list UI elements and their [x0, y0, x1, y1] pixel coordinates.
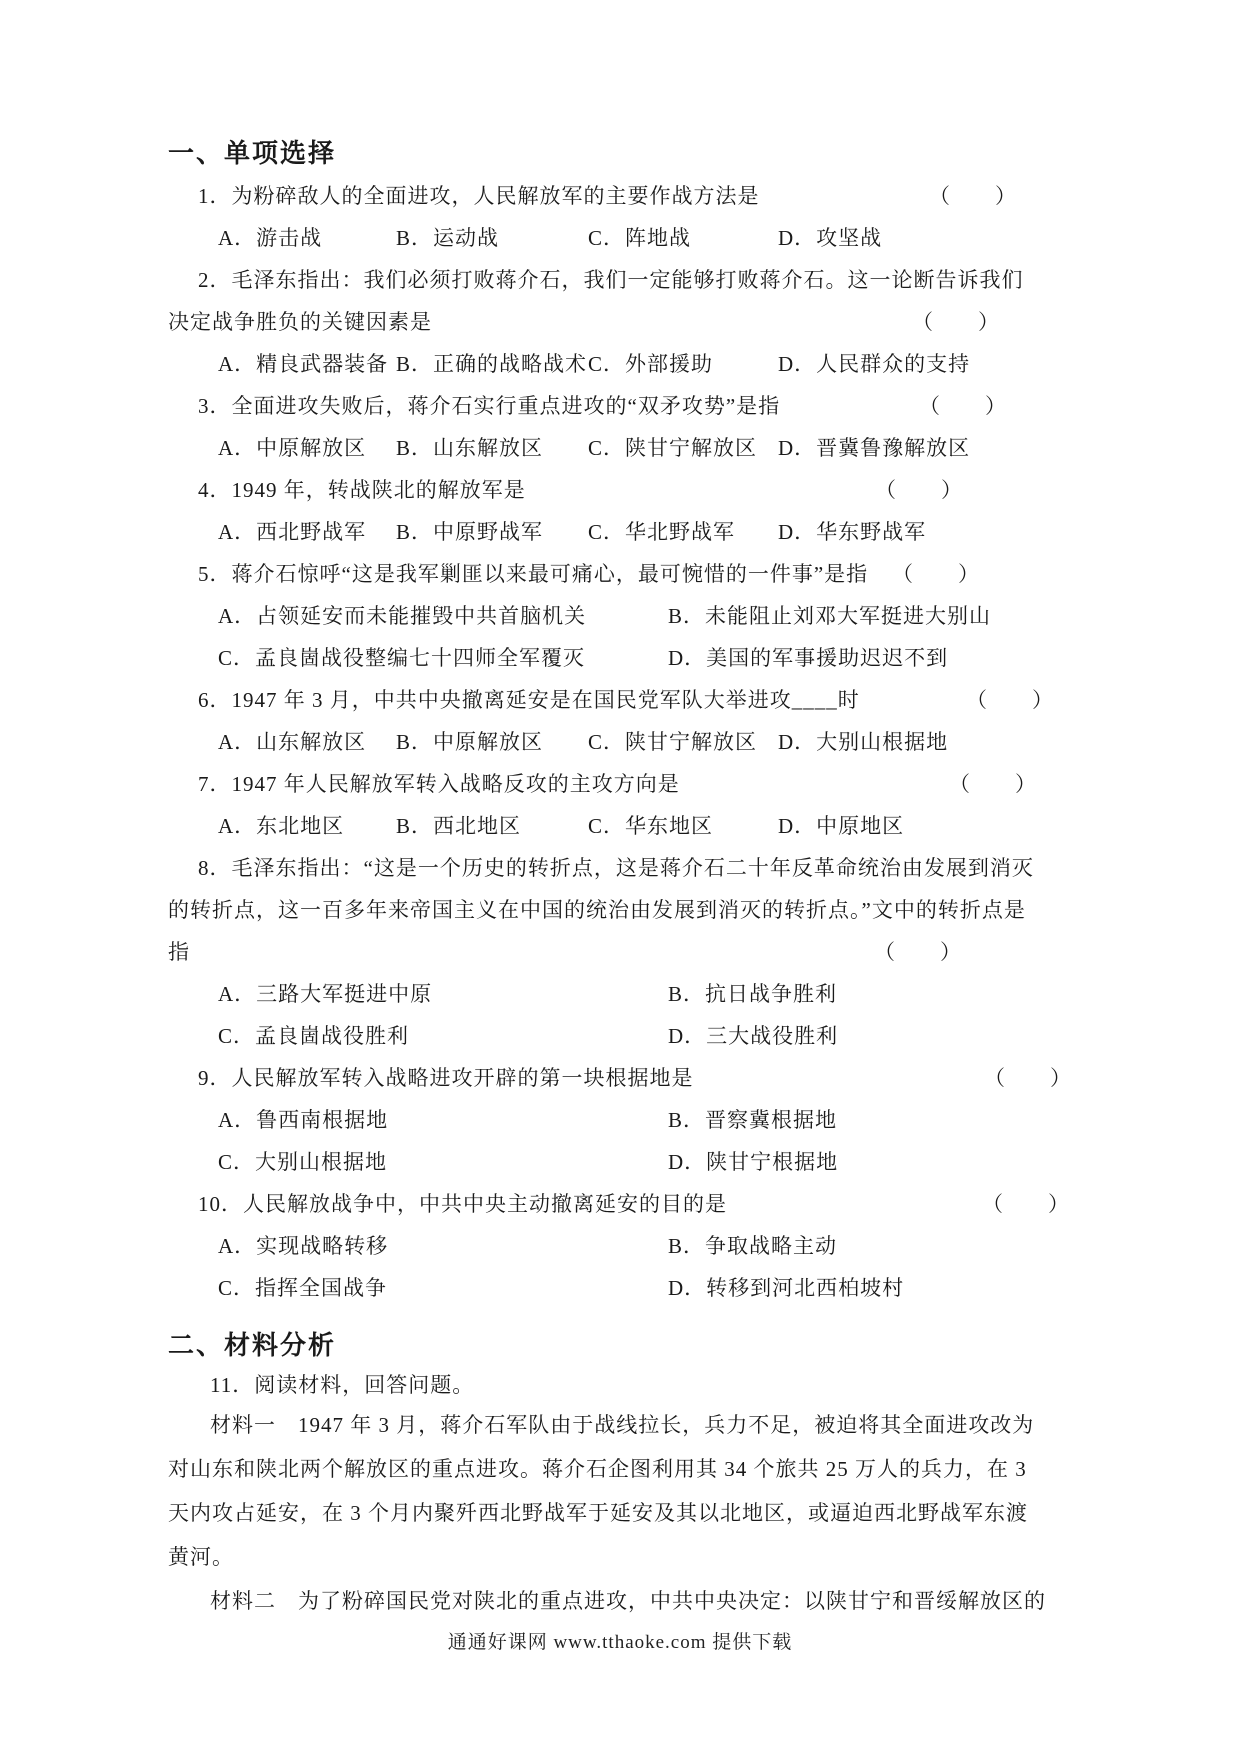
question-text: 4．1949 年，转战陕北的解放军是 [198, 469, 526, 511]
question-11-intro: 11．阅读材料，回答问题。 [168, 1367, 1072, 1403]
option: C．大别山根据地 [218, 1141, 668, 1183]
question-9-options-row-2: C．大别山根据地D．陕甘宁根据地 [168, 1141, 1072, 1183]
question-text: 3．全面进攻失败后，蒋介石实行重点进攻的“双矛攻势”是指 [198, 385, 780, 427]
question-text: 决定战争胜负的关键因素是 [168, 301, 432, 343]
material-1-line-4: 黄河。 [168, 1535, 1072, 1579]
question-2-line-1: 2．毛泽东指出：我们必须打败蒋介石，我们一定能够打败蒋介石。这一论断告诉我们 [168, 259, 1072, 301]
option: C．陕甘宁解放区 [588, 427, 778, 469]
option: A．三路大军挺进中原 [218, 973, 668, 1015]
question-5-line-1: 5．蒋介石惊呼“这是我军剿匪以来最可痛心，最可惋惜的一件事”是指（ ） [168, 553, 1072, 595]
question-7-options-row-1: A．东北地区B．西北地区C．华东地区D．中原地区 [168, 805, 1072, 847]
section2-title: 二、材料分析 [168, 1325, 1072, 1367]
question-text: 5．蒋介石惊呼“这是我军剿匪以来最可痛心，最可惋惜的一件事”是指 [198, 553, 868, 595]
question-9-options-row-1: A．鲁西南根据地B．晋察冀根据地 [168, 1099, 1072, 1141]
question-text: 7．1947 年人民解放军转入战略反攻的主攻方向是 [198, 763, 680, 805]
answer-bracket: （ ） [919, 385, 1007, 427]
option: C．华东地区 [588, 805, 778, 847]
answer-bracket: （ ） [929, 175, 1017, 217]
option: D．华东野战军 [778, 511, 1072, 553]
option: B．未能阻止刘邓大军挺进大别山 [668, 595, 1072, 637]
question-9-line-1: 9．人民解放军转入战略进攻开辟的第一块根据地是（ ） [168, 1057, 1072, 1099]
question-text: 6．1947 年 3 月，中共中央撤离延安是在国民党军队大举进攻____时 [198, 679, 860, 721]
answer-bracket: （ ） [984, 1057, 1072, 1099]
option: C．陕甘宁解放区 [588, 721, 778, 763]
answer-bracket: （ ） [982, 1183, 1070, 1225]
question-3-options-row-1: A．中原解放区B．山东解放区C．陕甘宁解放区D．晋冀鲁豫解放区 [168, 427, 1072, 469]
option: B．山东解放区 [396, 427, 588, 469]
question-10-line-1: 10．人民解放战争中，中共中央主动撤离延安的目的是（ ） [168, 1183, 1072, 1225]
option: B．运动战 [396, 217, 588, 259]
question-text: 9．人民解放军转入战略进攻开辟的第一块根据地是 [198, 1057, 694, 1099]
option: A．中原解放区 [218, 427, 396, 469]
question-3-line-1: 3．全面进攻失败后，蒋介石实行重点进攻的“双矛攻势”是指（ ） [168, 385, 1072, 427]
answer-bracket: （ ） [912, 301, 1000, 343]
question-2-options-row-1: A．精良武器装备B．正确的战略战术C．外部援助D．人民群众的支持 [168, 343, 1072, 385]
option: D．人民群众的支持 [778, 343, 1072, 385]
option: D．大别山根据地 [778, 721, 1072, 763]
question-6-options-row-1: A．山东解放区B．中原解放区C．陕甘宁解放区D．大别山根据地 [168, 721, 1072, 763]
question-list: 1．为粉碎敌人的全面进攻，人民解放军的主要作战方法是（ ）A．游击战B．运动战C… [168, 175, 1072, 1309]
section1-title: 一、单项选择 [168, 133, 1072, 175]
material-1-line-1: 材料一 1947 年 3 月，蒋介石军队由于战线拉长，兵力不足，被迫将其全面进攻… [168, 1403, 1072, 1447]
question-text: 的转折点，这一百多年来帝国主义在中国的统治由发展到消灭的转折点。”文中的转折点是 [168, 889, 1026, 931]
option: D．三大战役胜利 [668, 1015, 1072, 1057]
option: C．外部援助 [588, 343, 778, 385]
answer-bracket: （ ） [875, 469, 963, 511]
question-8-options-row-1: A．三路大军挺进中原B．抗日战争胜利 [168, 973, 1072, 1015]
question-4-line-1: 4．1949 年，转战陕北的解放军是（ ） [168, 469, 1072, 511]
question-8-line-3: 指（ ） [168, 931, 1072, 973]
option: C．孟良崮战役胜利 [218, 1015, 668, 1057]
question-8-line-1: 8．毛泽东指出：“这是一个历史的转折点，这是蒋介石二十年反革命统治由发展到消灭 [168, 847, 1072, 889]
answer-bracket: （ ） [892, 553, 980, 595]
option: A．占领延安而未能摧毁中共首脑机关 [218, 595, 668, 637]
option: A．西北野战军 [218, 511, 396, 553]
option: C．阵地战 [588, 217, 778, 259]
question-text: 10．人民解放战争中，中共中央主动撤离延安的目的是 [198, 1183, 727, 1225]
question-4-options-row-1: A．西北野战军B．中原野战军C．华北野战军D．华东野战军 [168, 511, 1072, 553]
document-page: 一、单项选择 1．为粉碎敌人的全面进攻，人民解放军的主要作战方法是（ ）A．游击… [0, 0, 1240, 1754]
option: B．西北地区 [396, 805, 588, 847]
question-5-options-row-1: A．占领延安而未能摧毁中共首脑机关B．未能阻止刘邓大军挺进大别山 [168, 595, 1072, 637]
question-text: 指 [168, 931, 190, 973]
question-1-line-1: 1．为粉碎敌人的全面进攻，人民解放军的主要作战方法是（ ） [168, 175, 1072, 217]
option: A．山东解放区 [218, 721, 396, 763]
page-content: 一、单项选择 1．为粉碎敌人的全面进攻，人民解放军的主要作战方法是（ ）A．游击… [168, 133, 1072, 1623]
option: D．攻坚战 [778, 217, 1072, 259]
material-1-line-2: 对山东和陕北两个解放区的重点进攻。蒋介石企图利用其 34 个旅共 25 万人的兵… [168, 1447, 1072, 1491]
option: B．晋察冀根据地 [668, 1099, 1072, 1141]
question-2-line-2: 决定战争胜负的关键因素是（ ） [168, 301, 1072, 343]
option: A．游击战 [218, 217, 396, 259]
question-10-options-row-1: A．实现战略转移B．争取战略主动 [168, 1225, 1072, 1267]
option: D．中原地区 [778, 805, 1072, 847]
question-8-line-2: 的转折点，这一百多年来帝国主义在中国的统治由发展到消灭的转折点。”文中的转折点是 [168, 889, 1072, 931]
material-1-line-3: 天内攻占延安，在 3 个月内聚歼西北野战军于延安及其以北地区，或逼迫西北野战军东… [168, 1491, 1072, 1535]
option: D．晋冀鲁豫解放区 [778, 427, 1072, 469]
option: A．鲁西南根据地 [218, 1099, 668, 1141]
material-1-paragraph: 材料一 1947 年 3 月，蒋介石军队由于战线拉长，兵力不足，被迫将其全面进攻… [168, 1403, 1072, 1579]
option: B．中原解放区 [396, 721, 588, 763]
option: B．正确的战略战术 [396, 343, 588, 385]
option: D．美国的军事援助迟迟不到 [668, 637, 1072, 679]
question-7-line-1: 7．1947 年人民解放军转入战略反攻的主攻方向是（ ） [168, 763, 1072, 805]
answer-bracket: （ ） [966, 679, 1054, 721]
question-8-options-row-2: C．孟良崮战役胜利D．三大战役胜利 [168, 1015, 1072, 1057]
material-2-line: 材料二 为了粉碎国民党对陕北的重点进攻，中共中央决定：以陕甘宁和晋绥解放区的 [168, 1579, 1072, 1623]
question-text: 1．为粉碎敌人的全面进攻，人民解放军的主要作战方法是 [198, 175, 760, 217]
option: B．中原野战军 [396, 511, 588, 553]
option: C．华北野战军 [588, 511, 778, 553]
option: C．孟良崮战役整编七十四师全军覆灭 [218, 637, 668, 679]
answer-bracket: （ ） [874, 931, 962, 973]
question-text: 8．毛泽东指出：“这是一个历史的转折点，这是蒋介石二十年反革命统治由发展到消灭 [198, 847, 1034, 889]
option: B．抗日战争胜利 [668, 973, 1072, 1015]
option: A．精良武器装备 [218, 343, 396, 385]
page-footer: 通通好课网 www.tthaoke.com 提供下载 [0, 1627, 1240, 1654]
option: C．指挥全国战争 [218, 1267, 668, 1309]
answer-bracket: （ ） [949, 763, 1037, 805]
option: D．转移到河北西柏坡村 [668, 1267, 1072, 1309]
option: A．东北地区 [218, 805, 396, 847]
question-1-options-row-1: A．游击战B．运动战C．阵地战D．攻坚战 [168, 217, 1072, 259]
option: A．实现战略转移 [218, 1225, 668, 1267]
question-5-options-row-2: C．孟良崮战役整编七十四师全军覆灭D．美国的军事援助迟迟不到 [168, 637, 1072, 679]
option: D．陕甘宁根据地 [668, 1141, 1072, 1183]
option: B．争取战略主动 [668, 1225, 1072, 1267]
question-text: 2．毛泽东指出：我们必须打败蒋介石，我们一定能够打败蒋介石。这一论断告诉我们 [198, 259, 1024, 301]
question-10-options-row-2: C．指挥全国战争D．转移到河北西柏坡村 [168, 1267, 1072, 1309]
question-6-line-1: 6．1947 年 3 月，中共中央撤离延安是在国民党军队大举进攻____时（ ） [168, 679, 1072, 721]
